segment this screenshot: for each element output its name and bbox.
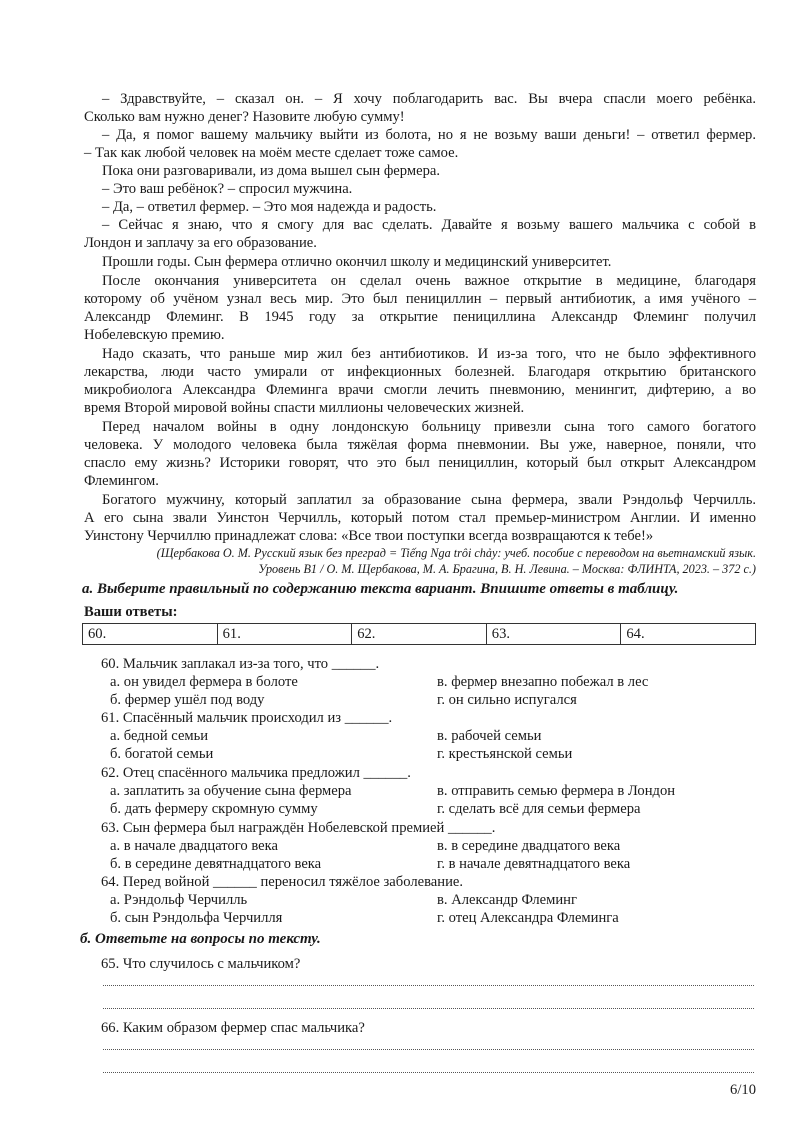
- option[interactable]: б. фермер ушёл под воду: [110, 691, 264, 709]
- story-line: – Это ваш ребёнок? – спросил мужчина.: [84, 180, 756, 198]
- answer-line[interactable]: [103, 1049, 754, 1050]
- option[interactable]: а. Рэндольф Черчилль: [110, 891, 247, 909]
- answer-cell-60[interactable]: 60.: [83, 624, 217, 644]
- story-line: время Второй мировой войны спасти миллио…: [84, 399, 756, 417]
- option[interactable]: а. он увидел фермера в болоте: [110, 673, 298, 691]
- story-line: Флемингом.: [84, 472, 756, 490]
- open-question: 65. Что случилось с мальчиком?: [101, 955, 300, 973]
- story-line: После окончания университета он сделал о…: [84, 272, 756, 290]
- story-line: – Да, – ответил фермер. – Это моя надежд…: [84, 198, 756, 216]
- option[interactable]: а. заплатить за обучение сына фермера: [110, 782, 352, 800]
- task-b-instruction: б. Ответьте на вопросы по тексту.: [80, 931, 321, 948]
- story-line: – Сейчас я знаю, что я смогу для вас сде…: [84, 216, 756, 234]
- option[interactable]: г. он сильно испугался: [437, 691, 577, 709]
- question-stem: 64. Перед войной ______ переносил тяжёло…: [101, 873, 463, 891]
- answers-label: Ваши ответы:: [84, 604, 177, 621]
- answer-cell-64[interactable]: 64.: [620, 624, 755, 644]
- story-line: Александр Флеминг. В 1945 году за открыт…: [84, 308, 756, 326]
- citation-line: Уровень B1 / О. М. Щербакова, М. А. Браг…: [258, 561, 756, 577]
- story-line: Сколько вам нужно денег? Назовите любую …: [84, 108, 756, 126]
- open-question: 66. Каким образом фермер спас мальчика?: [101, 1019, 365, 1037]
- story-line: – Да, я помог вашему мальчику выйти из б…: [84, 126, 756, 144]
- option[interactable]: г. крестьянской семьи: [437, 745, 572, 763]
- option[interactable]: а. бедной семьи: [110, 727, 208, 745]
- question-stem: 62. Отец спасённого мальчика предложил _…: [101, 764, 411, 782]
- option[interactable]: г. в начале девятнадцатого века: [437, 855, 630, 873]
- answer-cell-61[interactable]: 61.: [217, 624, 352, 644]
- story-line: Нобелевскую премию.: [84, 326, 756, 344]
- option[interactable]: б. богатой семьи: [110, 745, 213, 763]
- answer-cell-62[interactable]: 62.: [351, 624, 486, 644]
- story-line: А его сына звали Уинстон Черчилль, котор…: [84, 509, 756, 527]
- story-line: человека. У молодого человека была тяжёл…: [84, 436, 756, 454]
- answer-line[interactable]: [103, 1072, 754, 1073]
- story-line: Лондон и заплачу за его образование.: [84, 234, 756, 252]
- story-line: Богатого мужчину, который заплатил за об…: [84, 491, 756, 509]
- option[interactable]: в. Александр Флеминг: [437, 891, 577, 909]
- story-line: лекарства, люди часто умирали от инфекци…: [84, 363, 756, 381]
- option[interactable]: в. отправить семью фермера в Лондон: [437, 782, 675, 800]
- exam-page: – Здравствуйте, – сказал он. – Я хочу по…: [0, 0, 794, 1122]
- option[interactable]: в. фермер внезапно побежал в лес: [437, 673, 648, 691]
- answer-cell-63[interactable]: 63.: [486, 624, 621, 644]
- story-line: Надо сказать, что раньше мир жил без ант…: [84, 345, 756, 363]
- story-line: Прошли годы. Сын фермера отлично окончил…: [84, 253, 756, 271]
- citation-line: (Щербакова О. М. Русский язык без прегра…: [157, 545, 756, 561]
- story-line: – Так как любой человек на моём месте сд…: [84, 144, 756, 162]
- question-stem: 60. Мальчик заплакал из-за того, что ___…: [101, 655, 379, 673]
- option[interactable]: в. рабочей семьи: [437, 727, 541, 745]
- question-stem: 61. Спасённый мальчик происходил из ____…: [101, 709, 392, 727]
- story-line: Перед началом войны в одну лондонскую бо…: [84, 418, 756, 436]
- story-line: спасло ему жизнь? Историки говорят, что …: [84, 454, 756, 472]
- question-stem: 63. Сын фермера был награждён Нобелевско…: [101, 819, 495, 837]
- option[interactable]: г. сделать всё для семьи фермера: [437, 800, 641, 818]
- option[interactable]: в. в середине двадцатого века: [437, 837, 620, 855]
- option[interactable]: г. отец Александра Флеминга: [437, 909, 619, 927]
- answer-line[interactable]: [103, 985, 754, 986]
- option[interactable]: б. сын Рэндольфа Черчилля: [110, 909, 282, 927]
- answer-table: 60. 61. 62. 63. 64.: [82, 623, 756, 645]
- story-line: микробиолога Александра Флеминга врачи с…: [84, 381, 756, 399]
- story-line: которому об учёном узнал весь мир. Это б…: [84, 290, 756, 308]
- option[interactable]: б. в середине девятнадцатого века: [110, 855, 321, 873]
- option[interactable]: а. в начале двадцатого века: [110, 837, 278, 855]
- answer-line[interactable]: [103, 1008, 754, 1009]
- story-line: Пока они разговаривали, из дома вышел сы…: [84, 162, 756, 180]
- story-line: – Здравствуйте, – сказал он. – Я хочу по…: [84, 90, 756, 108]
- option[interactable]: б. дать фермеру скромную сумму: [110, 800, 318, 818]
- page-number: 6/10: [730, 1082, 756, 1099]
- story-line: Уинстону Черчиллю принадлежат слова: «Вс…: [84, 527, 756, 545]
- task-a-instruction: а. Выберите правильный по содержанию тек…: [82, 581, 678, 598]
